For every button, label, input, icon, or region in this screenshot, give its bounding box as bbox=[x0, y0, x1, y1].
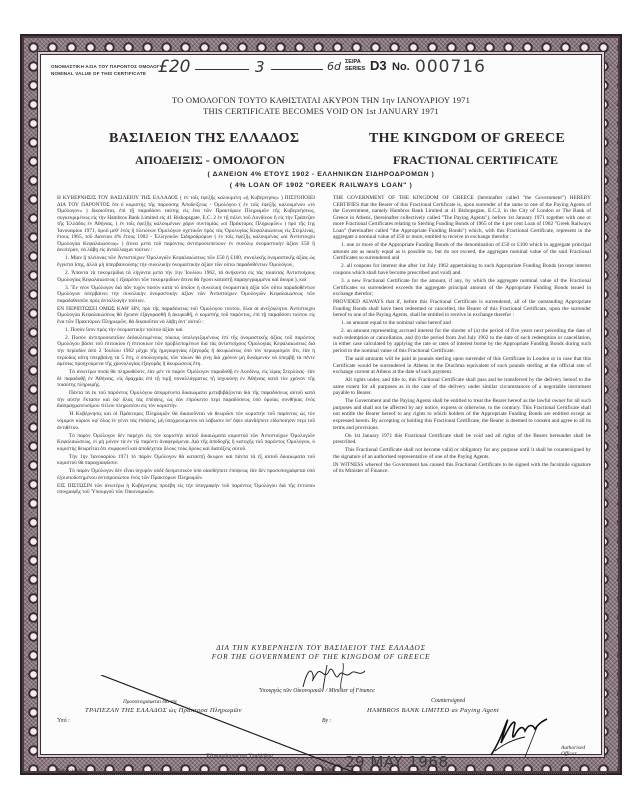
series-label: ΣΕΙΡΑ SERIES bbox=[345, 59, 365, 72]
paragraph: 1. one or more of the Appropriate Fundin… bbox=[333, 242, 591, 262]
paragraph: Τὰ ἀνωτέρω ποσὰ θὰ πληρωθῶσιν, ἐὰν μὲν τ… bbox=[57, 369, 315, 389]
nominal-value-label-gr: ΟΝΟΜΑΣΤΙΚΗ ΑΞΙΑ ΤΟΥ ΠΑΡΟΝΤΟΣ ΟΜΟΛΟΓ bbox=[51, 63, 160, 70]
loan-title-gr: ( ΔΑΝΕΙΟΝ 4% ΕΤΟΥΣ 1902 - ΕΛΛΗΝΙΚΩΝ ΣΙΔΗ… bbox=[41, 171, 601, 178]
paragraph: 2. an amount representing accrued intere… bbox=[333, 328, 591, 354]
greek-text-column: Η ΚΥΒΕΡΝΗΣΙΣ ΤΟΥ ΒΑΣΙΛΕΙΟΥ ΤΗΣ ΕΛΛΑΔΟΣ (… bbox=[57, 195, 315, 498]
english-text-column: THE GOVERNMENT OF THE KINGDOM OF GREECE … bbox=[333, 195, 591, 476]
divider-line bbox=[195, 69, 249, 70]
serial-number: 000716 bbox=[415, 57, 486, 77]
paragraph: Πάντα τὰ ἐκ τοῦ παρόντος Ὁμολόγου ἀπορρέ… bbox=[57, 390, 315, 410]
void-notice-en: THIS CERTIFICATE BECOMES VOID ON 1st JAN… bbox=[41, 106, 601, 116]
stamped-date: 29 MAY 1968 bbox=[345, 753, 449, 771]
title-kingdom-en: THE KINGDOM OF GREECE bbox=[369, 131, 565, 147]
nominal-value-label: ΟΝΟΜΑΣΤΙΚΗ ΑΞΙΑ ΤΟΥ ΠΑΡΟΝΤΟΣ ΟΜΟΛΟΓ NOMI… bbox=[51, 63, 160, 77]
certificate-body: ΟΝΟΜΑΣΤΙΚΗ ΑΞΙΑ ΤΟΥ ΠΑΡΟΝΤΟΣ ΟΜΟΛΟΓ NOMI… bbox=[40, 54, 602, 755]
paragraph: 2. all coupons for interest due after 1s… bbox=[333, 263, 591, 276]
paragraph: On 1st January 1971 this Fractional Cert… bbox=[333, 433, 591, 446]
paragraph: 3. a new Fractional Certificate for the … bbox=[333, 278, 591, 298]
paragraph: The Government and the Paying Agents sha… bbox=[333, 398, 591, 431]
cancellation-line bbox=[101, 675, 361, 775]
bank-of-greece-agent: ΤΡΑΠΕΖΑΝ ΤΗΣ ΕΛΛΑΔΟΣ ὡς Πράκτορα Πληρωμῶ… bbox=[85, 707, 242, 714]
paragraph: 2. Ἅπαντα τὰ τοκομερίδια τὰ λήγοντα μετὰ… bbox=[57, 270, 315, 283]
paragraph: Τὸ παρὸν Ὁμόλογον δὲν εἶναι ἰσχυρὸν οὐδὲ… bbox=[57, 468, 315, 481]
paragraph: 2. Ποσὸν ἀντιπροσωπεῦον δεδουλευμένους τ… bbox=[57, 335, 315, 368]
authorised-officer-signature bbox=[485, 713, 555, 758]
paragraph: Η ΚΥΒΕΡΝΗΣΙΣ ΤΟΥ ΒΑΣΙΛΕΙΟΥ ΤΗΣ ΕΛΛΑΔΟΣ (… bbox=[57, 195, 315, 254]
by-label-gr: Ὑπό : bbox=[57, 718, 70, 724]
for-government-en: FOR THE GOVERNMENT OF THE KINGDOM OF GRE… bbox=[41, 652, 601, 661]
number-label: No. bbox=[392, 61, 410, 73]
hambros-bank-agent: HAMBROS BANK LIMITED as Paying Agent bbox=[367, 707, 499, 714]
series-label-en: SERIES bbox=[345, 66, 365, 73]
paragraph: 1. Ποσὸν ἴσον πρὸς τὴν ὀνομαστικὴν τούτο… bbox=[57, 327, 315, 334]
paragraph: PROVIDED ALWAYS that if, before this Fra… bbox=[333, 299, 591, 319]
title-kingdom-gr: ΒΑΣΙΛΕΙΟΝ ΤΗΣ ΕΛΛΑΔΟΣ bbox=[109, 131, 299, 147]
nominal-value-shillings: 3 bbox=[255, 58, 265, 76]
paragraph: ΕΙΣ ΠΙΣΤΩΣΙΝ τῶν ἀνωτέρω ἡ Κυβέρνησις πρ… bbox=[57, 483, 315, 496]
paragraph: THE GOVERNMENT OF THE KINGDOM OF GREECE … bbox=[333, 195, 591, 241]
void-notice-gr: ΤΟ ΟΜΟΛΟΓΟΝ ΤΟΥΤΟ ΚΑΘΙΣΤΑΤΑΙ ΑΚΥΡΟΝ ΤΗΝ … bbox=[41, 95, 601, 105]
paragraph: Τὸ παρὸν Ὁμόλογον δὲν παρέχει εἰς τὸν κο… bbox=[57, 433, 315, 453]
paragraph: All rights under, and title to, this Fra… bbox=[333, 377, 591, 397]
countersigned-label: Countersigned bbox=[431, 698, 465, 704]
by-label-en: By : bbox=[322, 718, 332, 724]
certificate-type-en: FRACTIONAL CERTIFICATE bbox=[393, 153, 558, 168]
nominal-value-label-en: NOMINAL VALUE OF THIS CERTIFICATE bbox=[51, 70, 160, 77]
nominal-value-pence: 6d bbox=[327, 60, 341, 73]
date-line-gr bbox=[89, 774, 304, 775]
authorised-officer-label: Authorised Officer bbox=[561, 745, 601, 757]
loan-title-en: ( 4% LOAN OF 1902 "GREEK RAILWAYS LOAN" … bbox=[41, 182, 601, 189]
date-label-gr: Χρονολογία bbox=[57, 768, 83, 774]
paragraph: Ἡ Κυβέρνησις καὶ οἱ Πράκτορες Πληρωμῶν θ… bbox=[57, 411, 315, 431]
paragraph: The said amounts will be paid in pounds … bbox=[333, 356, 591, 376]
paragraph: 1. an amount equal to the nominal value … bbox=[333, 320, 591, 327]
date-line-en bbox=[421, 773, 606, 774]
for-government-gr: ΔΙΑ ΤΗΝ ΚΥΒΕΡΝΗΣΙΝ ΤΟΥ ΒΑΣΙΛΕΙΟΥ ΤΗΣ ΕΛΛ… bbox=[41, 643, 601, 652]
paragraph: Τὴν 1ην Ἰανουαρίου 1971 τὸ παρὸν Ὁμόλογο… bbox=[57, 454, 315, 467]
divider-line bbox=[271, 69, 323, 70]
paragraph: ΕΝ ΠΕΡΙΠΤΩΣΕΙ ΟΜΩΣ ΚΑΘ' ΗΝ, πρὸ τῆς παρα… bbox=[57, 306, 315, 326]
certificate-border: ΟΝΟΜΑΣΤΙΚΗ ΑΞΙΑ ΤΟΥ ΠΑΡΟΝΤΟΣ ΟΜΟΛΟΓ NOMI… bbox=[20, 34, 622, 775]
paragraph: 3. Ἓν νέον Ὁμόλογον διὰ πᾶν τυχὸν ποσὸν … bbox=[57, 285, 315, 305]
paragraph: 1. Μίαν ἢ πλείονας τῶν Ἀντιστοίχων Ὁμολο… bbox=[57, 255, 315, 268]
paragraph: This Fractional Certificate shall not be… bbox=[333, 447, 591, 460]
authorised-officer-gr: Ἐξουσιοδοτημένου Ὑπαλλήλου bbox=[206, 753, 273, 759]
countersigned-gr: Προσυπογράφεται διὰ τὴν bbox=[123, 699, 177, 705]
paragraph: IN WITNESS whereof the Government has ca… bbox=[333, 462, 591, 475]
dated-label: Dated bbox=[322, 767, 335, 773]
certificate-type-gr: ΑΠΟΔΕΙΞΙΣ - ΟΜΟΛΟΓΟΝ bbox=[135, 153, 285, 168]
series-code: D3 bbox=[370, 58, 387, 73]
nominal-value-pounds: £20 bbox=[158, 57, 190, 77]
